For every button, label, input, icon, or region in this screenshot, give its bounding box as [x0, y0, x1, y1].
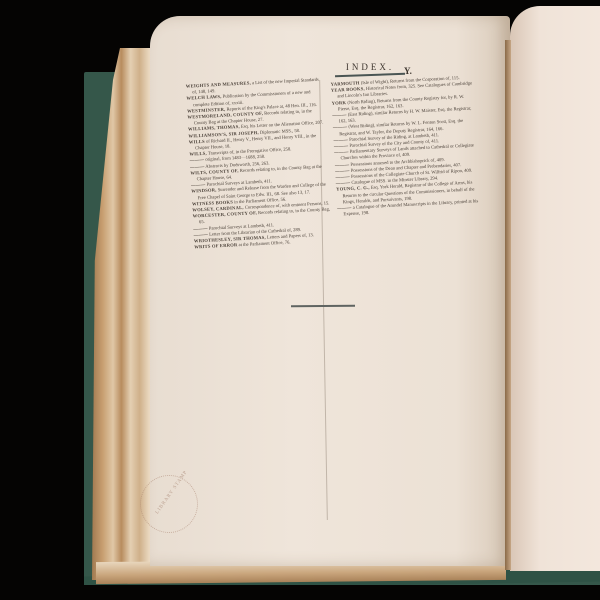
entry-heading: WILLS	[189, 139, 205, 145]
entry-heading: ———	[332, 112, 347, 118]
index-header: INDEX.	[300, 62, 440, 76]
book-gutter	[505, 40, 511, 570]
entry-heading: ———	[190, 164, 205, 170]
entry-heading: ———	[337, 205, 352, 211]
entry-heading: ———	[335, 174, 350, 180]
entry-heading: WILLS,	[189, 151, 207, 157]
right-page	[510, 6, 600, 571]
entry-heading: ———	[333, 137, 348, 143]
entry-heading: ———	[190, 157, 205, 163]
entry-heading: ———	[334, 149, 349, 155]
entry-heading: ———	[335, 162, 350, 168]
book-photo: INDEX. Y. WEIGHTS AND MEASURES, a List o…	[0, 0, 600, 600]
entry-heading: WRITS OF ERROR	[194, 243, 237, 250]
entry-heading: ———	[333, 124, 348, 130]
page-title: INDEX.	[300, 62, 440, 72]
entry-heading: YORK	[332, 100, 347, 106]
entry-heading: ———	[334, 143, 349, 149]
index-column-right: YARMOUTH (Isle of Wight), Returns from t…	[331, 74, 480, 218]
entry-heading: ———	[194, 232, 209, 238]
entry-heading: ———	[191, 182, 206, 188]
entry-heading: ———	[193, 225, 208, 231]
entry-heading: ———	[335, 168, 350, 174]
entry-heading: ———	[336, 180, 351, 186]
index-column-left: WEIGHTS AND MEASURES, a List of the new …	[186, 77, 333, 251]
section-letter: Y.	[404, 66, 412, 76]
background-shadow	[0, 585, 600, 600]
